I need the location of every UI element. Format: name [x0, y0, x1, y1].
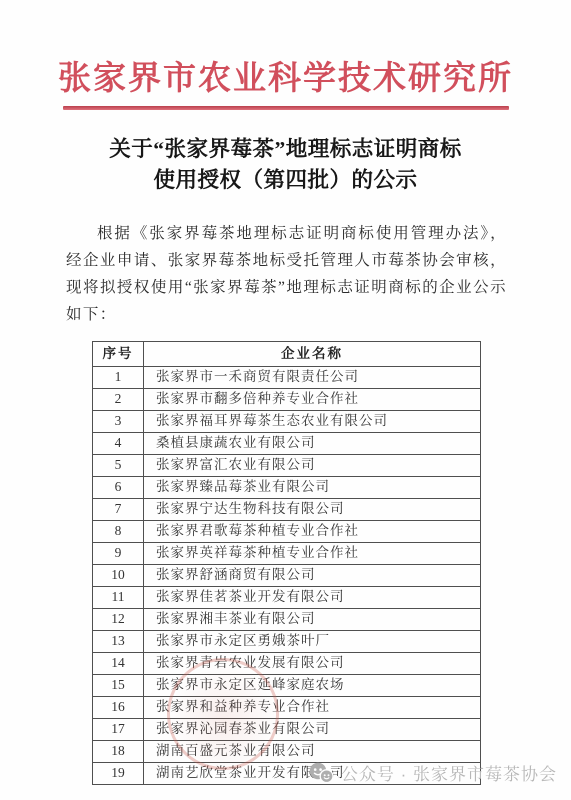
row-company-name: 桑植县康蔬农业有限公司	[144, 433, 481, 455]
row-serial-number: 12	[93, 609, 144, 631]
row-serial-number: 10	[93, 565, 144, 587]
row-company-name: 张家界沁园春茶业有限公司	[144, 719, 481, 741]
table-row: 6张家界臻品莓茶业有限公司	[93, 477, 481, 499]
row-serial-number: 1	[93, 367, 144, 389]
column-header-company: 企业名称	[144, 342, 481, 367]
row-company-name: 张家界市永定区延峰家庭农场	[144, 675, 481, 697]
row-company-name: 张家界佳茗茶业开发有限公司	[144, 587, 481, 609]
row-serial-number: 18	[93, 741, 144, 763]
document-title-line2: 使用授权（第四批）的公示	[0, 165, 571, 196]
organization-name: 张家界市农业科学技术研究所	[0, 56, 571, 102]
row-company-name: 张家界福耳界莓茶生态农业有限公司	[144, 411, 481, 433]
table-row: 13张家界市永定区勇娥茶叶厂	[93, 631, 481, 653]
row-serial-number: 6	[93, 477, 144, 499]
wechat-footer: 公众号 · 张家界市莓茶协会	[309, 760, 557, 785]
row-serial-number: 9	[93, 543, 144, 565]
row-company-name: 张家界宁达生物科技有限公司	[144, 499, 481, 521]
row-serial-number: 17	[93, 719, 144, 741]
row-company-name: 张家界富汇农业有限公司	[144, 455, 481, 477]
row-company-name: 张家界市翻多倍种养专业合作社	[144, 389, 481, 411]
row-company-name: 张家界臻品莓茶业有限公司	[144, 477, 481, 499]
column-header-serial: 序号	[93, 342, 144, 367]
table-row: 9张家界英祥莓茶种植专业合作社	[93, 543, 481, 565]
document-title-line1: 关于“张家界莓茶”地理标志证明商标	[0, 134, 571, 165]
row-company-name: 张家界湘丰茶业有限公司	[144, 609, 481, 631]
row-serial-number: 8	[93, 521, 144, 543]
red-divider-line	[63, 106, 509, 110]
table-row: 7张家界宁达生物科技有限公司	[93, 499, 481, 521]
wechat-footer-label: 公众号 · 张家界市莓茶协会	[341, 760, 557, 785]
row-company-name: 张家界市一禾商贸有限责任公司	[144, 367, 481, 389]
table-row: 17张家界沁园春茶业有限公司	[93, 719, 481, 741]
table-row: 15张家界市永定区延峰家庭农场	[93, 675, 481, 697]
table-row: 5张家界富汇农业有限公司	[93, 455, 481, 477]
row-serial-number: 2	[93, 389, 144, 411]
table-row: 14张家界青岩农业发展有限公司	[93, 653, 481, 675]
announcement-document: 张家界市农业科学技术研究所 关于“张家界莓茶”地理标志证明商标 使用授权（第四批…	[0, 0, 571, 800]
row-serial-number: 11	[93, 587, 144, 609]
table-row: 16张家界和益种养专业合作社	[93, 697, 481, 719]
table-row: 8张家界君歌莓茶种植专业合作社	[93, 521, 481, 543]
row-serial-number: 19	[93, 763, 144, 785]
row-serial-number: 13	[93, 631, 144, 653]
row-company-name: 张家界和益种养专业合作社	[144, 697, 481, 719]
row-company-name: 张家界英祥莓茶种植专业合作社	[144, 543, 481, 565]
table-row: 12张家界湘丰茶业有限公司	[93, 609, 481, 631]
wechat-official-account-icon	[309, 762, 333, 783]
row-serial-number: 7	[93, 499, 144, 521]
row-serial-number: 4	[93, 433, 144, 455]
row-serial-number: 14	[93, 653, 144, 675]
row-serial-number: 3	[93, 411, 144, 433]
row-company-name: 张家界市永定区勇娥茶叶厂	[144, 631, 481, 653]
table-row: 3张家界福耳界莓茶生态农业有限公司	[93, 411, 481, 433]
intro-paragraph: 根据《张家界莓茶地理标志证明商标使用管理办法》，经企业申请、张家界莓茶地标受托管…	[66, 220, 507, 328]
document-title: 关于“张家界莓茶”地理标志证明商标 使用授权（第四批）的公示	[0, 134, 571, 196]
row-serial-number: 16	[93, 697, 144, 719]
company-table: 序号 企业名称 1张家界市一禾商贸有限责任公司2张家界市翻多倍种养专业合作社3张…	[92, 341, 481, 785]
table-row: 11张家界佳茗茶业开发有限公司	[93, 587, 481, 609]
table-header-row: 序号 企业名称	[93, 342, 481, 367]
row-company-name: 张家界舒涵商贸有限公司	[144, 565, 481, 587]
row-serial-number: 15	[93, 675, 144, 697]
table-row: 10张家界舒涵商贸有限公司	[93, 565, 481, 587]
company-table-head: 序号 企业名称	[93, 342, 481, 367]
row-company-name: 张家界青岩农业发展有限公司	[144, 653, 481, 675]
table-row: 2张家界市翻多倍种养专业合作社	[93, 389, 481, 411]
company-table-body: 1张家界市一禾商贸有限责任公司2张家界市翻多倍种养专业合作社3张家界福耳界莓茶生…	[93, 367, 481, 785]
table-row: 4桑植县康蔬农业有限公司	[93, 433, 481, 455]
table-row: 1张家界市一禾商贸有限责任公司	[93, 367, 481, 389]
row-company-name: 张家界君歌莓茶种植专业合作社	[144, 521, 481, 543]
row-serial-number: 5	[93, 455, 144, 477]
